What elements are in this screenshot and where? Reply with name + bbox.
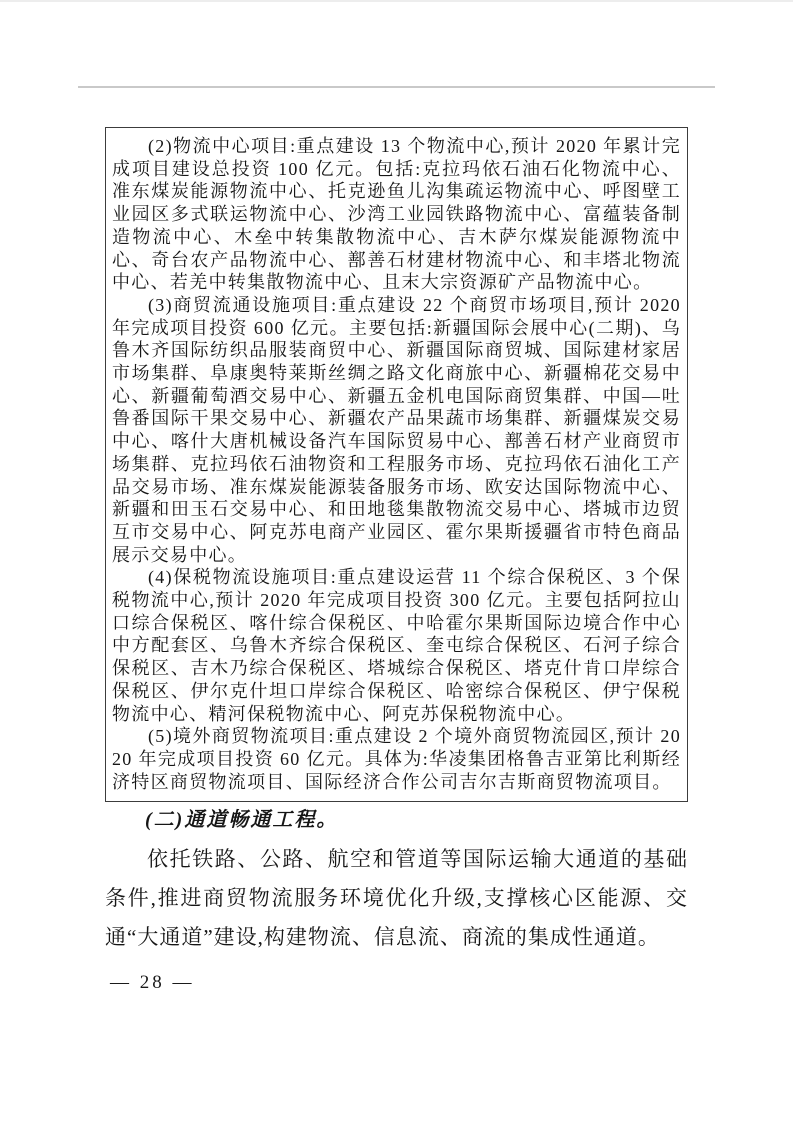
document-page: (2)物流中心项目:重点建设 13 个物流中心,预计 2020 年累计完成项目建… [0, 0, 793, 1122]
paragraph-logistics-centers: (2)物流中心项目:重点建设 13 个物流中心,预计 2020 年累计完成项目建… [112, 135, 681, 294]
paragraph-overseas-trade-logistics: (5)境外商贸物流项目:重点建设 2 个境外商贸物流园区,预计 2020 年完成… [112, 725, 681, 793]
channel-project-section: (二)通道畅通工程。 依托铁路、公路、航空和管道等国际运输大通道的基础条件,推进… [105, 808, 688, 957]
paragraph-trade-market-facilities: (3)商贸流通设施项目:重点建设 22 个商贸市场项目,预计 2020 年完成项… [112, 294, 681, 566]
paragraph-channel-project-intro: 依托铁路、公路、航空和管道等国际运输大通道的基础条件,推进商贸物流服务环境优化升… [105, 840, 688, 957]
paragraph-bonded-logistics-facilities: (4)保税物流设施项目:重点建设运营 11 个综合保税区、3 个保税物流中心,预… [112, 566, 681, 725]
page-number: — 28 — [110, 972, 195, 994]
section-heading-channel-project: (二)通道畅通工程。 [105, 808, 688, 832]
page-header-rule [78, 86, 715, 88]
screen-top-edge [0, 0, 793, 2]
project-details-box: (2)物流中心项目:重点建设 13 个物流中心,预计 2020 年累计完成项目建… [105, 127, 688, 802]
